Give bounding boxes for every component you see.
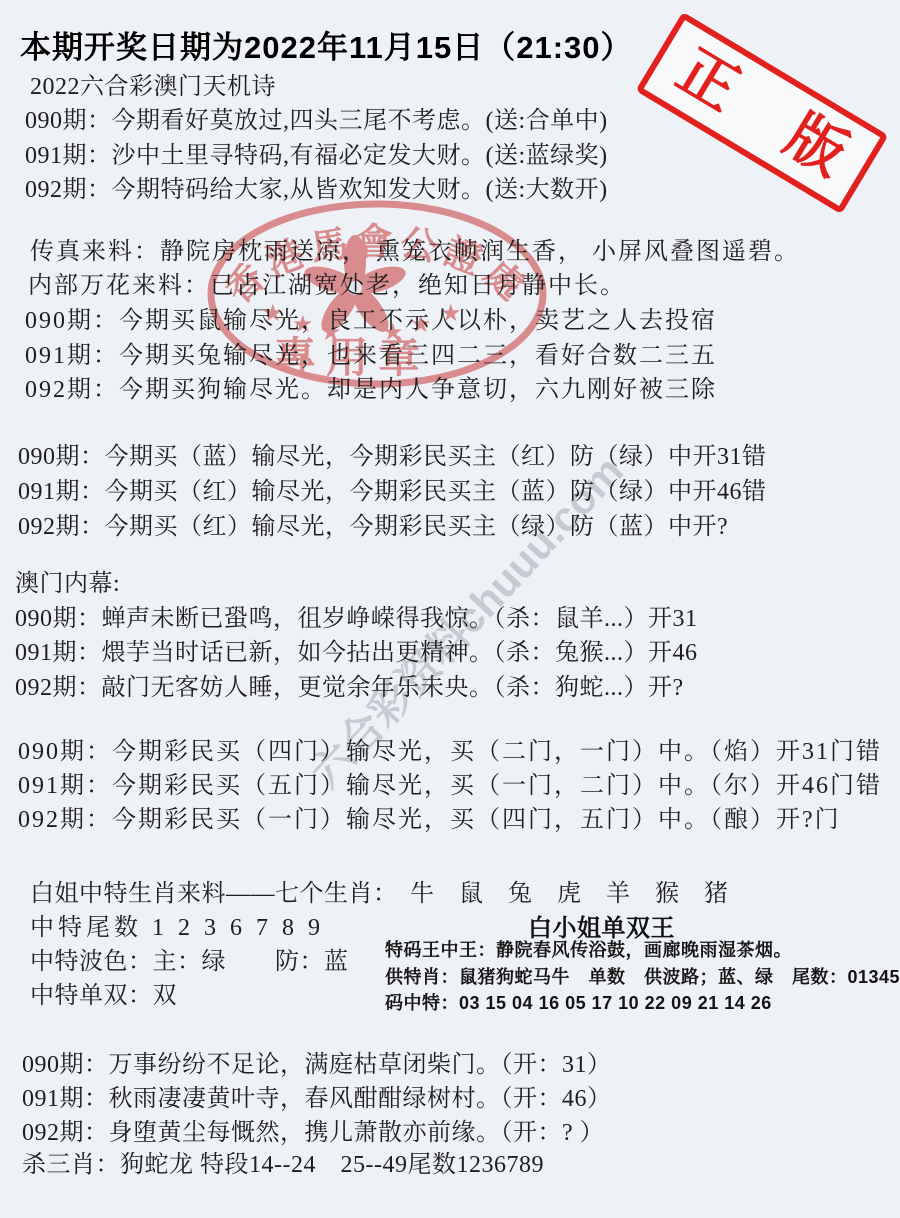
page-title: 本期开奖日期为2022年11月15日（21:30）	[20, 22, 633, 67]
neimu-line: 090期：蝉声未断已蛩鸣，徂岁峥嵘得我惊。（杀：鼠羊...）开31	[15, 598, 698, 633]
shasanxiao-line: 杀三肖：狗蛇龙 特段14--24 25--49尾数1236789	[22, 1144, 544, 1179]
laoliao-line: 090期：今期买鼠输尽光，良工不示人以朴，卖艺之人去投宿	[25, 300, 717, 335]
men-line: 092期：今期彩民买（一门）输尽光，买（四门，五门）中。（酿）开?门	[18, 799, 841, 834]
baixiaojie-line: 特码王中王：静院春风传浴鼓，画廊晚雨湿茶烟。	[385, 936, 792, 962]
bose-line: 091期：今期买（红）输尽光，今期彩民买主（蓝）防（绿）中开46错	[18, 471, 767, 506]
genuine-stamp: 正 版	[635, 12, 888, 214]
shige-line: 092期：身堕黄尘每慨然，携儿萧散亦前缘。（开：? ）	[22, 1112, 604, 1147]
baijie-line: 白姐中特生肖来料——七个生肖： 牛 鼠 兔 虎 羊 猴 猪	[30, 873, 729, 908]
shige-line: 091期：秋雨凄凄黄叶寺，春风酣酣绿树村。（开：46）	[22, 1078, 612, 1113]
laoliao-line: 传真来料：静院房枕雨送凉， 熏笼衣帧润生香， 小屏风叠图遥碧。	[30, 231, 800, 266]
men-line: 091期：今期彩民买（五门）输尽光，买（一门，二门）中。（尔）开46门错	[18, 765, 882, 800]
bose-line: 092期：今期买（红）输尽光，今期彩民买主（绿）防（蓝）中开?	[18, 506, 728, 541]
laoliao-line: 092期：今期买狗输尽光。却是内人争意切，六九刚好被三除	[25, 369, 717, 404]
tip-sheet-page: 香港馬會公證處 ★ ★ ★ ★ ★ ★ 專用章 六合彩资料chuuu.com 正…	[0, 0, 900, 1218]
baixiaojie-line: 供特肖：鼠猪狗蛇马牛 单数 供波路；蓝、绿 尾数：0134567	[385, 963, 900, 989]
tianji-line: 092期：今期特码给大家,从皆欢知发大财。(送:大数开)	[25, 169, 608, 204]
laoliao-line: 091期：今期买兔输尽光，也来看三四二三，看好合数二三五	[25, 335, 717, 370]
bose-line: 090期：今期买（蓝）输尽光，今期彩民买主（红）防（绿）中开31错	[18, 436, 767, 471]
tianji-line: 091期：沙中土里寻特码,有福必定发大财。(送:蓝绿奖)	[25, 135, 608, 170]
neimu-line: 092期：敲门无客妨人睡，更觉余年乐未央。（杀：狗蛇...）开?	[15, 667, 684, 702]
genuine-stamp-label: 正 版	[646, 27, 878, 198]
baixiaojie-line: 码中特：03 15 04 16 05 17 10 22 09 21 14 26	[385, 989, 772, 1015]
neimu-title: 澳门内幕:	[15, 563, 120, 598]
tianji-line: 090期：今期看好莫放过,四头三尾不考虑。(送:合单中)	[25, 100, 608, 135]
baijie-line: 中特波色：主：绿 防：蓝	[30, 941, 349, 976]
men-line: 090期：今期彩民买（四门）输尽光，买（二门，一门）中。（焰）开31门错	[18, 731, 882, 766]
baijie-line: 中特尾数 1 2 3 6 7 8 9	[30, 907, 324, 942]
tianji-title: 2022六合彩澳门天机诗	[30, 66, 276, 101]
laoliao-line: 内部万花来料：已占江湖宽处老，绝知日月静中长。	[28, 265, 626, 300]
baijie-line: 中特单双：双	[30, 975, 177, 1010]
neimu-line: 091期：煨芋当时话已新，如今拈出更精神。（杀：兔猴...）开46	[15, 632, 698, 667]
shige-line: 090期：万事纷纷不足论，满庭枯草闭柴门。（开：31）	[22, 1044, 612, 1079]
